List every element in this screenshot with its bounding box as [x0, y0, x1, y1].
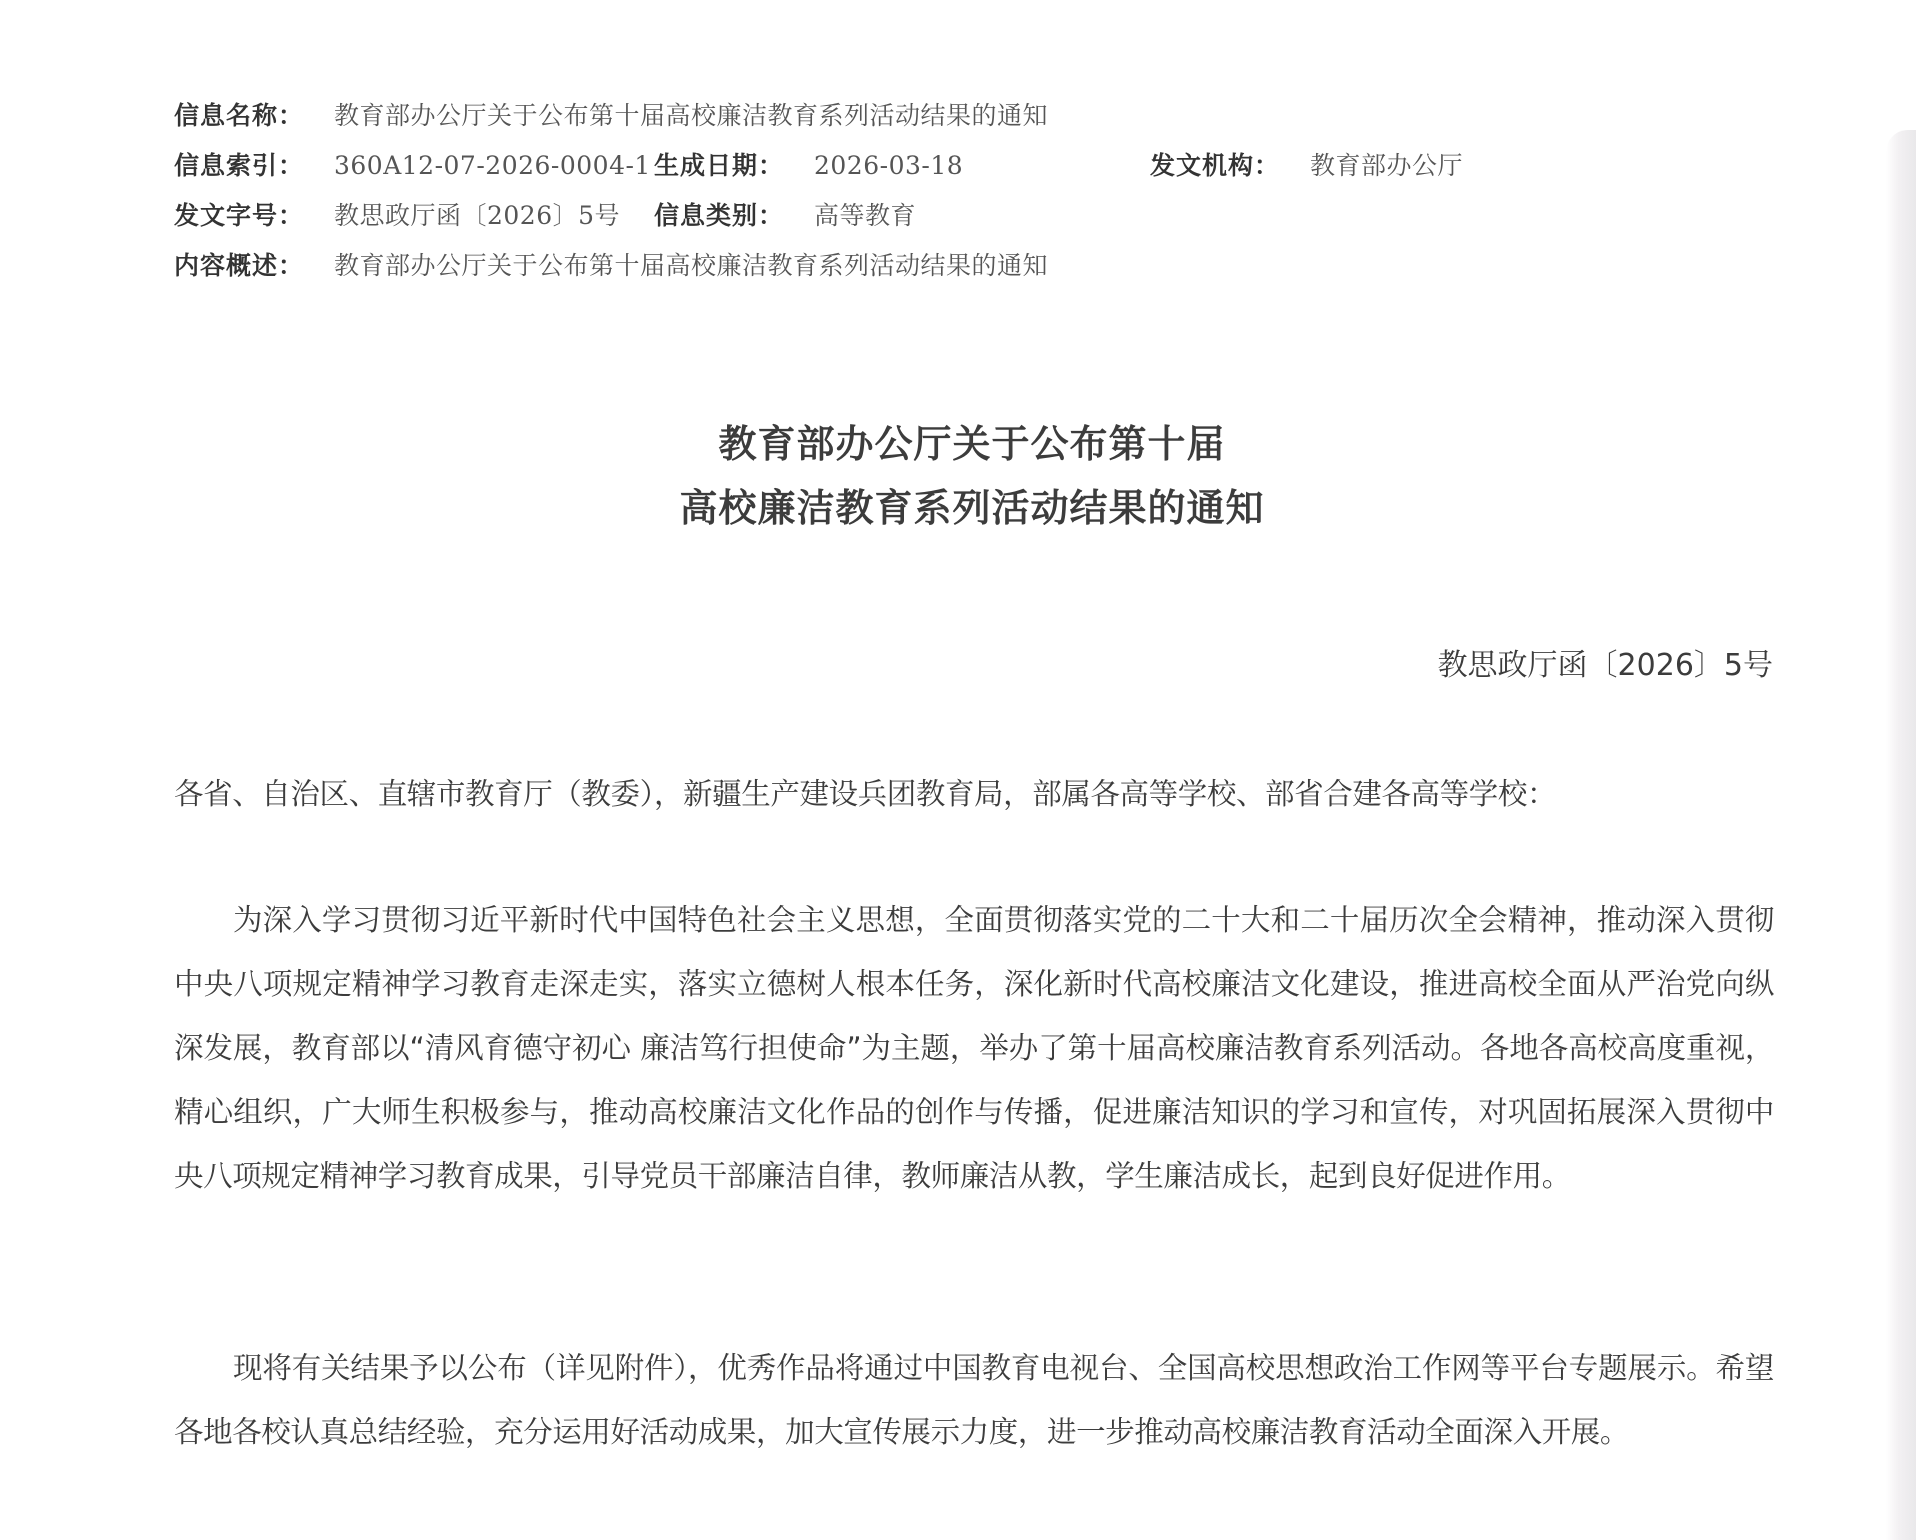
body-paragraph-2: 现将有关结果予以公布（详见附件），优秀作品将通过中国教育电视台、全国高校思想政治…	[174, 1336, 1774, 1464]
issuing-agency-value: 教育部办公厅	[1310, 146, 1463, 186]
info-category-value: 高等教育	[814, 196, 916, 236]
document-reference-number: 教思政厅函〔2026〕5号	[1438, 640, 1773, 684]
content-summary-label: 内容概述：	[174, 246, 304, 286]
document-number-value: 教思政厅函〔2026〕5号	[334, 196, 620, 236]
title-line-2: 高校廉洁教育系列活动结果的通知	[0, 476, 1916, 540]
document-title: 教育部办公厅关于公布第十届 高校廉洁教育系列活动结果的通知	[0, 412, 1916, 540]
info-index-label: 信息索引：	[174, 146, 304, 186]
title-line-1: 教育部办公厅关于公布第十届	[0, 412, 1916, 476]
generated-date-value: 2026-03-18	[814, 146, 963, 186]
info-index-value: 360A12-07-2026-0004-1	[334, 146, 651, 186]
info-category-label: 信息类别：	[654, 196, 784, 236]
info-name-value: 教育部办公厅关于公布第十届高校廉洁教育系列活动结果的通知	[334, 96, 1048, 136]
page-edge-shadow	[1886, 130, 1916, 1540]
issuing-agency-label: 发文机构：	[1150, 146, 1280, 186]
document-number-label: 发文字号：	[174, 196, 304, 236]
info-name-label: 信息名称：	[174, 96, 304, 136]
content-summary-value: 教育部办公厅关于公布第十届高校廉洁教育系列活动结果的通知	[334, 246, 1048, 286]
body-paragraph-1: 为深入学习贯彻习近平新时代中国特色社会主义思想，全面贯彻落实党的二十大和二十届历…	[174, 888, 1774, 1208]
salutation: 各省、自治区、直辖市教育厅（教委），新疆生产建设兵团教育局，部属各高等学校、部省…	[174, 762, 1774, 826]
generated-date-label: 生成日期：	[654, 146, 784, 186]
